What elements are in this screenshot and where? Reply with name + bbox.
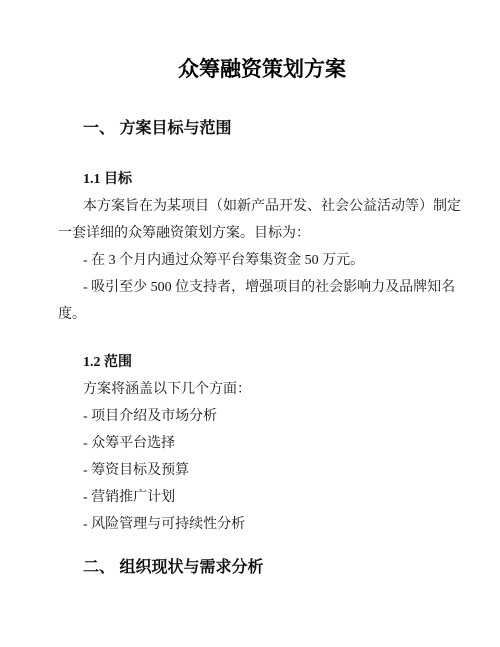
goal-bullet-supporters-line-1: - 吸引至少 500 位支持者，增强项目的社会影响力及品牌知名 xyxy=(58,274,466,301)
scope-bullet-marketing: - 营销推广计划 xyxy=(58,484,466,511)
scope-bullet-budget: - 筹资目标及预算 xyxy=(58,457,466,484)
paragraph-goal-line-2: 一套详细的众筹融资策划方案。目标为： xyxy=(58,220,466,247)
section-2-heading: 二、 组织现状与需求分析 xyxy=(58,557,466,579)
document-title: 众筹融资策划方案 xyxy=(58,56,466,84)
scope-bullet-platform: - 众筹平台选择 xyxy=(58,430,466,457)
scope-bullet-project-intro: - 项目介绍及市场分析 xyxy=(58,403,466,430)
scope-intro: 方案将涵盖以下几个方面： xyxy=(58,376,466,403)
goal-bullet-supporters-line-2: 度。 xyxy=(58,301,466,328)
section-1-heading: 一、 方案目标与范围 xyxy=(58,118,466,140)
document-content: 众筹融资策划方案 一、 方案目标与范围 1.1 目标 本方案旨在为某项目（如新产… xyxy=(0,56,500,579)
goal-bullet-funding: - 在 3 个月内通过众筹平台筹集资金 50 万元。 xyxy=(58,247,466,274)
subsection-1-2-heading: 1.2 范围 xyxy=(58,349,466,376)
paragraph-goal-line-1: 本方案旨在为某项目（如新产品开发、社会公益活动等）制定 xyxy=(58,193,466,220)
document-page: 众筹融资策划方案 一、 方案目标与范围 1.1 目标 本方案旨在为某项目（如新产… xyxy=(0,0,500,647)
subsection-1-1-heading: 1.1 目标 xyxy=(58,166,466,193)
scope-bullet-risk: - 风险管理与可持续性分析 xyxy=(58,511,466,538)
